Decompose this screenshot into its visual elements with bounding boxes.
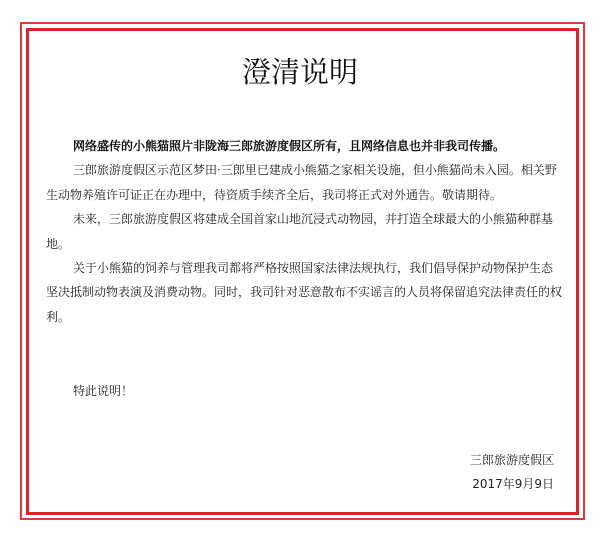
document-body: 网络盛传的小熊猫照片非陇海三郎旅游度假区所有，且网络信息也并非我司传播。 三郎旅… (46, 134, 564, 329)
paragraph-statement: 网络盛传的小熊猫照片非陇海三郎旅游度假区所有，且网络信息也并非我司传播。 (46, 134, 564, 158)
signature-block: 三郎旅游度假区 2017年9月9日 (470, 448, 554, 496)
signature-organization: 三郎旅游度假区 (470, 448, 554, 472)
document-title: 澄清说明 (0, 52, 600, 92)
closing-remark: 特此说明！ (73, 381, 133, 401)
paragraph-legal-notice: 关于小熊猫的饲养与管理我司都将严格按照国家法律法规执行，我们倡导保护动物保护生态… (46, 256, 564, 329)
paragraph-facility-status: 三郎旅游度假区示范区梦田·三郎里已建成小熊猫之家相关设施，但小熊猫尚未入园。相关… (46, 158, 564, 207)
signature-date: 2017年9月9日 (470, 472, 554, 496)
paragraph-future-plan: 未来，三郎旅游度假区将建成全国首家山地沉浸式动物园，并打造全球最大的小熊猫种群基… (46, 207, 564, 256)
